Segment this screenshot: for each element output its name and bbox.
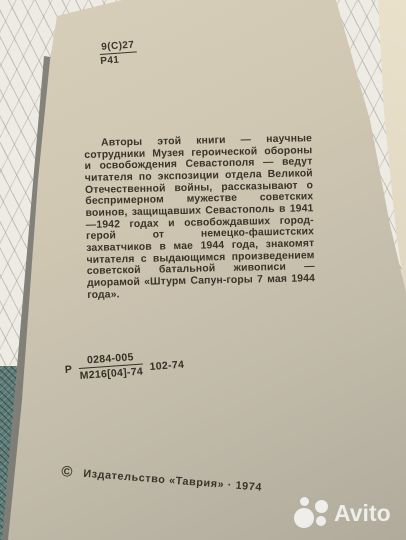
author-sign-code: Р41 — [100, 53, 138, 67]
avito-logo-icon — [294, 497, 329, 529]
avito-logo-circle — [294, 508, 314, 528]
classification-code: 9(С)27 — [99, 39, 137, 55]
annotation-paragraph: Авторы этой книги — научные сотрудники М… — [84, 133, 315, 301]
print-code-fraction: 0284-005 М216[04]-74 — [78, 351, 143, 382]
print-code-letter: Р — [65, 363, 73, 375]
avito-logo-circle — [316, 516, 326, 526]
copyright-icon: © — [61, 464, 73, 480]
print-code-suffix: 102-74 — [149, 359, 184, 373]
avito-logo-circle — [315, 500, 328, 513]
print-order-code: Р 0284-005 М216[04]-74 102-74 — [64, 348, 185, 383]
avito-watermark-label: Avito — [334, 500, 391, 527]
publisher-line: Издательство «Таврия» · 1974 — [83, 467, 262, 493]
avito-watermark: Avito — [294, 497, 391, 529]
avito-logo-circle — [300, 497, 309, 506]
imprint-page: 9(С)27 Р41 Авторы этой книги — научные с… — [0, 0, 406, 540]
library-classification: 9(С)27 Р41 — [99, 39, 138, 67]
book-photo: 9(С)27 Р41 Авторы этой книги — научные с… — [0, 0, 406, 540]
publisher-imprint: © Издательство «Таврия» · 1974 — [61, 464, 263, 495]
